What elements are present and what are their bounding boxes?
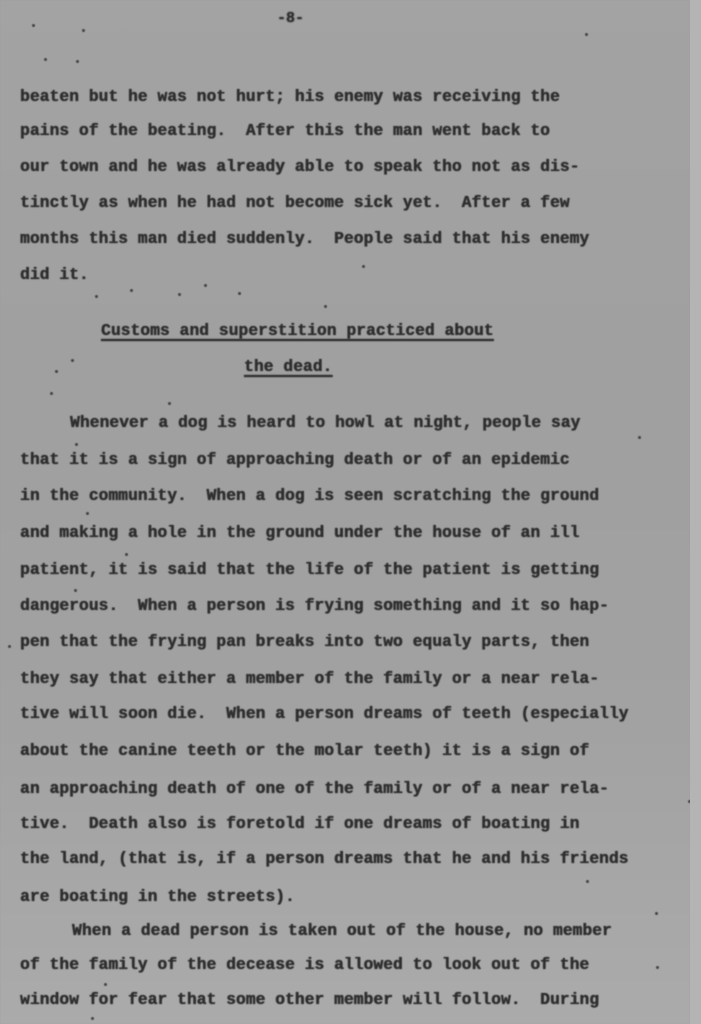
- scan-speck: [44, 58, 47, 61]
- text-line: our town and he was already able to spea…: [20, 158, 579, 176]
- text-line: about the canine teeth or the molar teet…: [20, 742, 589, 760]
- text-line: Whenever a dog is heard to howl at night…: [70, 414, 580, 432]
- scanned-page: -8- beaten but he was not hurt; his enem…: [0, 0, 690, 1024]
- text-line: an approaching death of one of the famil…: [20, 780, 609, 798]
- text-line: tive will soon die. When a person dreams…: [20, 705, 628, 723]
- text-line: patient, it is said that the life of the…: [20, 561, 599, 579]
- scan-speck: [82, 29, 85, 32]
- scan-speck: [74, 589, 77, 592]
- text-line: did it.: [20, 266, 89, 284]
- scan-speck: [50, 392, 53, 395]
- text-line: tive. Death also is foretold if one drea…: [20, 815, 579, 833]
- scan-speck: [585, 33, 588, 36]
- scan-speck: [76, 60, 79, 63]
- text-line: beaten but he was not hurt; his enemy wa…: [20, 88, 560, 106]
- scan-speck: [95, 295, 98, 298]
- scan-speck: [86, 512, 89, 515]
- text-line: tinctly as when he had not become sick y…: [20, 194, 570, 212]
- text-line: When a dead person is taken out of the h…: [72, 922, 612, 940]
- page-number: -8-: [277, 10, 304, 27]
- scan-speck: [638, 436, 641, 439]
- scan-speck: [586, 880, 589, 883]
- text-line: months this man died suddenly. People sa…: [20, 230, 589, 248]
- text-line: are boating in the streets).: [20, 888, 295, 906]
- section-heading: the dead.: [244, 358, 332, 376]
- scan-speck: [178, 293, 181, 296]
- scan-speck: [71, 359, 74, 362]
- scan-speck: [324, 305, 327, 308]
- text-line: pains of the beating. After this the man…: [20, 122, 550, 140]
- scan-speck: [656, 966, 659, 969]
- text-line: pen that the frying pan breaks into two …: [20, 633, 589, 651]
- text-line: in the community. When a dog is seen scr…: [20, 487, 599, 505]
- text-line: of the family of the decease is allowed …: [20, 956, 589, 974]
- text-line: the land, (that is, if a person dreams t…: [20, 850, 628, 868]
- scan-speck: [168, 402, 171, 405]
- scan-speck: [32, 24, 35, 27]
- scan-speck: [75, 443, 78, 446]
- scan-speck: [238, 292, 241, 295]
- scan-speck: [655, 912, 658, 915]
- text-line: that it is a sign of approaching death o…: [20, 451, 570, 469]
- scan-edge: [690, 0, 701, 1024]
- scan-speck: [8, 645, 11, 648]
- scan-speck: [362, 265, 365, 268]
- text-line: they say that either a member of the fam…: [20, 670, 599, 688]
- section-heading: Customs and superstition practiced about: [101, 322, 494, 340]
- scan-speck: [204, 284, 207, 287]
- scan-speck: [125, 553, 128, 556]
- text-line: window for fear that some other member w…: [20, 991, 599, 1009]
- text-line: dangerous. When a person is frying somet…: [20, 597, 609, 615]
- scan-speck: [104, 983, 107, 986]
- scan-speck: [91, 1017, 94, 1020]
- scan-speck: [55, 370, 58, 373]
- text-line: and making a hole in the ground under th…: [20, 524, 579, 542]
- scan-speck: [130, 289, 133, 292]
